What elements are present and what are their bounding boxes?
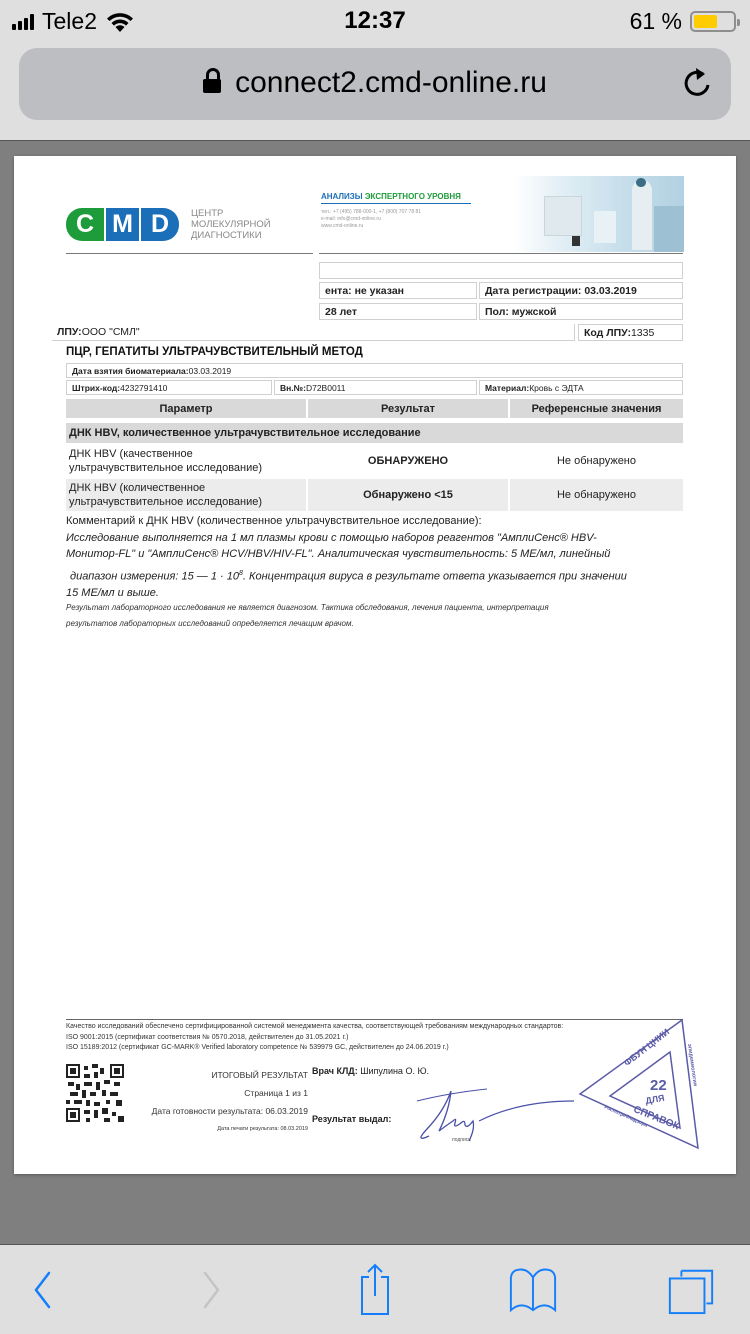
doctor-field: Врач КЛД: Шипулина О. Ю. [312,1066,429,1076]
tagline: АНАЛИЗЫ ЭКСПЕРТНОГО УРОВНЯ [321,192,461,201]
table-row-result: Обнаружено <15 [308,479,508,511]
column-header-reference: Референсные значения [510,399,683,418]
patient-code-field: ента: не указан [319,282,477,299]
lpu-code-field: Код ЛПУ: 1335 [578,324,683,341]
barcode-field: Штрих-код: 4232791410 [66,380,272,395]
back-button[interactable] [18,1265,68,1315]
contacts: тел.: +7 (495) 788-000-1, +7 (800) 707 7… [321,209,421,230]
age-field: 28 лет [319,303,477,320]
disclaimer: Результат лабораторного исследования не … [66,600,686,632]
battery-percent: 61 % [630,8,682,35]
tabs-button[interactable] [666,1265,716,1315]
divider [319,253,683,254]
tabs-icon [666,1264,716,1316]
column-header-parameter: Параметр [66,399,306,418]
patient-name-field [319,262,683,279]
stamp: ФБУН ЦНИИ 22 ДЛЯ СПРАВОК эпидемиологии Р… [574,1016,704,1156]
bookmarks-button[interactable] [508,1265,558,1315]
svg-text:ДЛЯ: ДЛЯ [645,1093,666,1106]
internal-number-field: Вн.№: D72B0011 [274,380,477,395]
page-title: ПЦР, ГЕПАТИТЫ УЛЬТРАЧУВСТВИТЕЛЬНЫЙ МЕТОД [66,346,363,358]
lock-icon [203,68,221,94]
chevron-left-icon [31,1270,55,1310]
table-row-param: ДНК HBV (количественноеультрачувствитель… [66,479,306,511]
divider [321,203,471,204]
column-header-result: Результат [308,399,508,418]
url-text[interactable]: connect2.cmd-online.ru [235,66,547,99]
table-row-param: ДНК HBV (качественноеультрачувствительно… [66,445,306,477]
table-row-reference: Не обнаружено [510,479,683,511]
chevron-right-icon [199,1270,223,1310]
battery-icon [690,11,736,32]
forward-button[interactable] [186,1265,236,1315]
sample-date-field: Дата взятия биоматериала: 03.03.2019 [66,363,683,378]
cmd-logo: C M D ЦЕНТР МОЛЕКУЛЯРНОЙ ДИАГНОСТИКИ [66,208,271,241]
table-row-result: ОБНАРУЖЕНО [308,445,508,477]
document-page: C M D ЦЕНТР МОЛЕКУЛЯРНОЙ ДИАГНОСТИКИ АНА… [14,156,736,1174]
status-bar: Tele2 12:37 61 % [0,0,750,42]
registration-date-field: Дата регистрации: 03.03.2019 [479,282,683,299]
qr-code [66,1064,124,1122]
svg-text:подпись: подпись [452,1137,471,1143]
svg-text:ФБУН ЦНИИ: ФБУН ЦНИИ [622,1027,671,1068]
lab-photo [514,176,684,252]
reload-icon[interactable] [681,66,713,102]
share-icon [355,1262,395,1318]
sex-field: Пол: мужской [479,303,683,320]
divider [66,253,313,254]
browser-toolbar [0,1244,750,1334]
svg-text:22: 22 [650,1077,667,1094]
result-meta: ИТОГОВЫЙ РЕЗУЛЬТАТ Страница 1 из 1 Дата … [152,1066,308,1138]
certification-text: Качество исследований обеспечено сертифи… [66,1022,563,1054]
book-icon [508,1265,558,1315]
table-row-reference: Не обнаружено [510,445,683,477]
share-button[interactable] [350,1265,400,1315]
lpu-field: ЛПУ: ООО "СМЛ" [52,324,575,341]
table-section-header: ДНК HBV, количественное ультрачувствител… [66,423,683,443]
comment-block: Комментарий к ДНК HBV (количественное ул… [66,513,686,601]
issued-by-label: Результат выдал: [312,1114,391,1124]
address-bar[interactable]: connect2.cmd-online.ru [19,48,731,120]
material-field: Материал: Кровь с ЭДТА [479,380,683,395]
signature: подпись [409,1081,579,1151]
pdf-viewer[interactable]: C M D ЦЕНТР МОЛЕКУЛЯРНОЙ ДИАГНОСТИКИ АНА… [0,140,750,1244]
logo-text: ЦЕНТР МОЛЕКУЛЯРНОЙ ДИАГНОСТИКИ [191,208,271,241]
